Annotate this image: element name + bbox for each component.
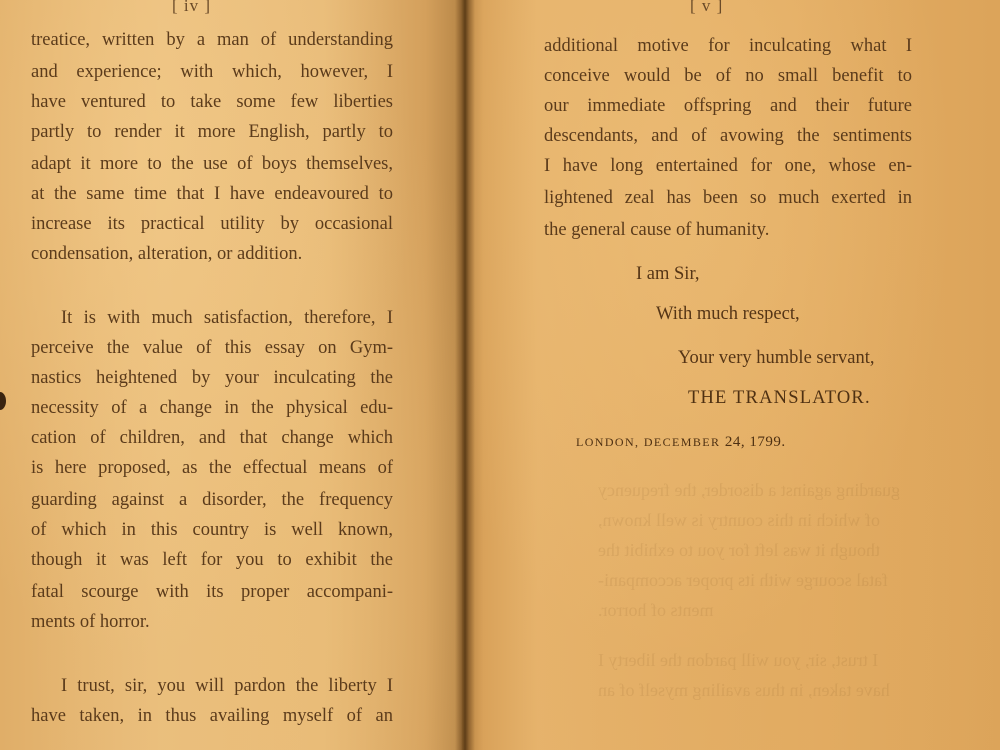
text-line: increase its practical utility by occasi… [31, 214, 393, 234]
show-through-text: though it was left for you to exhibit th… [598, 540, 880, 561]
show-through-text: have taken, in thus availing myself of a… [598, 680, 890, 701]
signature: THE TRANSLATOR. [688, 388, 871, 409]
text-line: and experience; with which, however, I [31, 62, 393, 82]
text-line: our immediate offspring and their future [544, 96, 912, 116]
closing-respect: With much respect, [656, 304, 800, 325]
dateline: LONDON, DECEMBER 24, 1799. [576, 434, 786, 451]
show-through-text: ments of horror. [598, 600, 713, 621]
text-line: of which in this country is well known, [31, 520, 393, 540]
text-line: treatice, written by a man of understand… [31, 30, 393, 50]
page-number-right: [ v ] [690, 0, 723, 16]
dateline-place: LONDON, DECEMBER [576, 435, 720, 449]
text-line: guarding against a disorder, the frequen… [31, 490, 393, 510]
text-line: additional motive for inculcating what I [544, 36, 912, 56]
text-line: have ventured to take some few liberties [31, 92, 393, 112]
closing-salutation: I am Sir, [636, 264, 700, 285]
text-line: It is with much satisfaction, therefore,… [31, 308, 393, 328]
text-line: descendants, and of avowing the sentimen… [544, 126, 912, 146]
page-number-left: [ iv ] [172, 0, 211, 16]
show-through-text: fatal scourge with its proper accompani- [598, 570, 888, 591]
text-line: lightened zeal has been so much exerted … [544, 188, 912, 208]
text-line: I trust, sir, you will pardon the libert… [31, 676, 393, 696]
text-line: nastics heightened by your inculcating t… [31, 368, 393, 388]
text-line: perceive the value of this essay on Gym- [31, 338, 393, 358]
text-line: adapt it more to the use of boys themsel… [31, 154, 393, 174]
closing-servant: Your very humble servant, [678, 348, 874, 369]
ink-blot [0, 392, 6, 410]
show-through-text: guarding against a disorder, the frequen… [598, 480, 900, 501]
show-through-text: I trust, sir, you will pardon the libert… [598, 650, 878, 671]
text-line: necessity of a change in the physical ed… [31, 398, 393, 418]
text-line: though it was left for you to exhibit th… [31, 550, 393, 570]
show-through-text: of which in this country is well known, [598, 510, 880, 531]
text-line: ments of horror. [31, 612, 393, 632]
dateline-date: 24, 1799. [725, 434, 786, 450]
text-line: have taken, in thus availing myself of a… [31, 706, 393, 726]
text-line: conceive would be of no small benefit to [544, 66, 912, 86]
text-line: partly to render it more English, partly… [31, 122, 393, 142]
text-line: condensation, alteration, or addition. [31, 244, 393, 264]
text-line: fatal scourge with its proper accompani- [31, 582, 393, 602]
text-line: the general cause of humanity. [544, 220, 912, 240]
book-gutter [455, 0, 475, 750]
text-line: cation of children, and that change whic… [31, 428, 393, 448]
text-line: at the same time that I have endeavoured… [31, 184, 393, 204]
text-line: I have long entertained for one, whose e… [544, 156, 912, 176]
book-spread: guarding against a disorder, the frequen… [0, 0, 1000, 750]
text-line: is here proposed, as the effectual means… [31, 458, 393, 478]
